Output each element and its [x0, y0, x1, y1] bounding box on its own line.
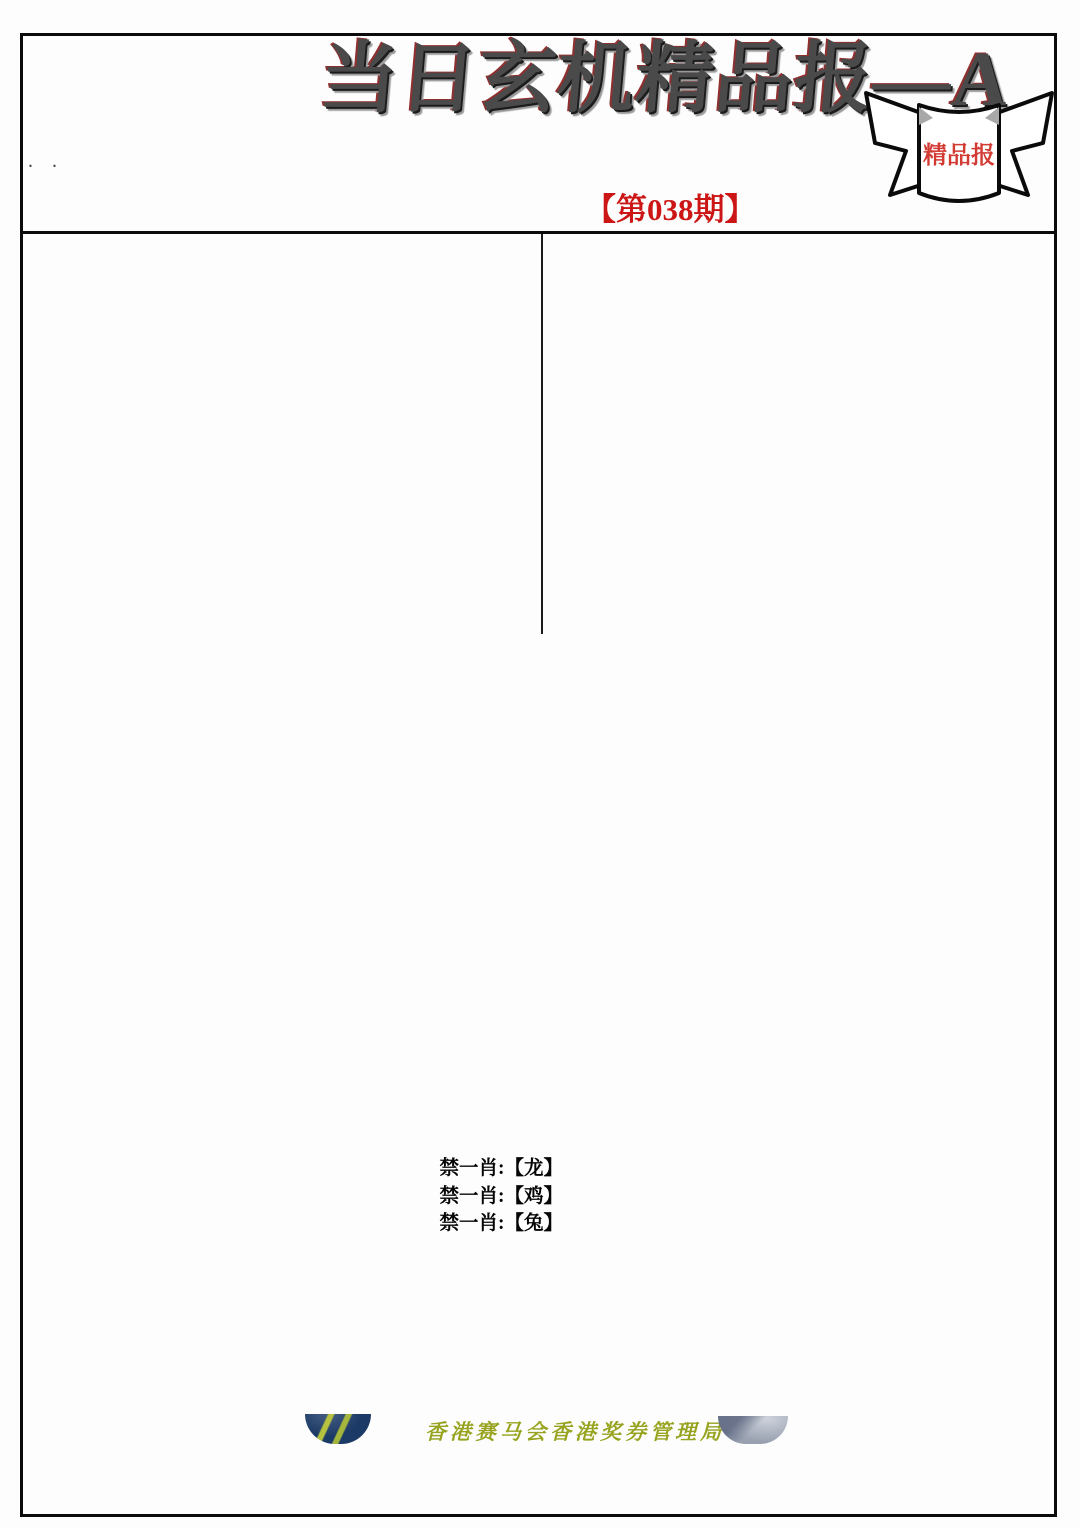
text-line [617, 685, 1055, 713]
text-line: 01 02 03 04 06 07 08 09 10 12 13 15 16 1… [617, 1079, 1055, 1107]
text-line: 036 期殺： ★★★★03 合★★★★ [38, 381, 565, 409]
text-line: 038 期： 当日玄机→【一句解特碼】期期準準 [38, 243, 565, 271]
text-line: 038 期三頭中特1 2 3 [617, 516, 1055, 544]
text-line: 038 期七心堂杀一波： 红波 杀二尾： 5、6 [617, 854, 1055, 882]
text-line: 037 期:》》》 合數单 《《《 [38, 519, 565, 547]
text-line: 038 期： 当日玄机→【期期禁掉半波】期期準 [38, 906, 565, 934]
line-right-text: 禁一肖:【鸡】 [440, 1183, 564, 1211]
text-line: 036 期必中特段： 01——20 27—49 [38, 602, 565, 630]
text-line: 038 期:六合彩官方網九肖→鼠牛虎兔龙蛇马羊猴 [38, 1321, 565, 1349]
text-line: 036 期： 今期羊鸡開特碼，蓝波定中绿來防。 [38, 271, 565, 299]
line-right-text: 禁一肖:【兔】 [440, 1210, 564, 1238]
text-line: 05.07.11.15.17.19.21.23.25.27.29.31.35.3… [617, 290, 1055, 318]
text-line: 038 期夺碼範圍 : [617, 262, 1055, 290]
badge-label: 精品报 [923, 141, 995, 169]
text-line: 038 期絕殺二合： (04)．(07) [617, 572, 1055, 600]
text-line: 037 期:六合彩官方網九肖→鼠牛虎兔龙蛇马羊猪 [38, 1293, 565, 1321]
text-line: 038 期殺： 蓝双 [38, 989, 565, 1017]
text-line: 037 期殺一行┤ 火 ├ [38, 851, 565, 879]
text-line: 038 期： 版主奉送→【期期殺一肖】期期準 [38, 1128, 565, 1156]
text-line: 038 期絕殺二肖： 猪 鸡 [617, 544, 1055, 572]
text-line: 038 期:杀16码:45 44 41 39 38 36 14 20 26 32 [617, 628, 1055, 656]
ribbon-banner-icon: 精品报 [858, 80, 1060, 222]
text-line: 黄金 5 尾： 1 2 3 5 9 [617, 1277, 1055, 1305]
text-line: 038 期： 当日玄机→【期期殺一合】期期準 [38, 354, 565, 382]
text-line: 45 47 49 」 [617, 741, 1055, 769]
corner-dots: . . [28, 150, 64, 173]
text-line: 22 23 24 25 27 28 29 30 31 34 36 37 40 4… [617, 1108, 1055, 1136]
text-line: 038 期七心堂绝杀 12 码【25 27 29 31 33 35 37 41 … [617, 713, 1055, 741]
text-line: 038 期： 当日玄机→【必中特码段】期期準 [38, 575, 565, 603]
text-line: 036 期殺一行┤ 木 ├ [38, 823, 565, 851]
text-line: 038 期提供單頭 [617, 403, 1055, 431]
left-column: 038 期： 当日玄机→【一句解特碼】期期準準 036 期： 今期羊鸡開特碼，蓝… [38, 243, 565, 1349]
text-line: 038 期七心堂头数 0 1 2 [617, 769, 1055, 797]
text-line: 038 期殺： ★★★★13 合★★★★ [38, 436, 565, 464]
issue-number: 【第038期】 [585, 184, 756, 229]
text-line: 038 期絕殺一肖：猪（準）另絕殺一肖：虎（準 [38, 1100, 565, 1128]
text-line: 兔 [617, 939, 1055, 967]
text-line: 038 期： 当日玄机→【合数单双】期期準 [38, 464, 565, 492]
text-line: 036 期絕殺一肖：兔（準）另絕殺一肖：鼠（準 [38, 1045, 565, 1073]
text-line: 036 期殺： 红双 [38, 934, 565, 962]
text-line: 038 期： 当日玄机→【期期禁掉两肖】期期準 [38, 1017, 565, 1045]
text-line: 038 期七心堂精选资料“合数单双” <双> [617, 882, 1055, 910]
text-line: 037 期絕殺一肖：猴（準）另絕殺一肖：蛇（準 [38, 1072, 565, 1100]
text-line: 038 期： 今期龙猴開特碼，红波定中绿來防。 [38, 326, 565, 354]
text-line: 黄金 6 尾： 1 2 3 5 8 9 [617, 1249, 1055, 1277]
text-line: 037 期:香港六合彩禁一肖:【鸡】 [38, 1183, 565, 1211]
page: . . 当日玄机精品报—A 【第038期】 精品报 038 期： 当日玄机→【一… [0, 0, 1080, 1527]
text-line: 終極 3 尾： 3 5 9 [617, 1333, 1055, 1361]
text-line: 036 期:香港六合彩禁一肖:【龙】 [38, 1155, 565, 1183]
text-line: 038 期奇人官方网特段:05 到 10 25 到 49 之间博 [617, 1164, 1055, 1192]
text-line: 038 期七心堂必中特码大范围 [617, 1051, 1055, 1079]
text-line: 036 期： 04 10 20 34 42 07 [38, 713, 565, 741]
text-line: 038 期： 10 21 22 43 45 02 [38, 768, 565, 796]
text-line: 036 期:六合彩官方網九肖→鼠牛虎兔龙蛇马羊猴 [38, 1266, 565, 1294]
header-divider [20, 231, 1057, 234]
text-line: 038 期七心堂精选资料“稳中五肖”：牛龙鼠蛇牛 [617, 967, 1055, 995]
text-line: 038 期： 当日玄机→【特码只要 43 码了】期期準)) [38, 685, 565, 713]
text-line: 極品 4 尾： 1 3 5 9 [617, 1305, 1055, 1333]
text-line: 038 期七心堂每期《绝杀》全年错一《@@鸡@@》 [617, 826, 1055, 854]
text-line: 038 期必中特段： 20——29 30—49 [38, 658, 565, 686]
right-column: 038 期夺碼範圍 : 05.07.11.15.17.19.21.23.25.2… [617, 262, 1055, 1361]
text-line: 038 期:香港六合彩禁一肖:【兔】 [38, 1210, 565, 1238]
text-line: 038 期： 当日玄机→【期期殺一行数】期期準 [38, 796, 565, 824]
text-line: 05 11 33 35 43 49 [617, 657, 1055, 685]
text-line: 037 期殺： ★★★★03 合★★★★ [38, 409, 565, 437]
text-line: 02.04.10.12..16.18.20.22.24.28.30.32.36.… [617, 347, 1055, 375]
text-line: 037 期： 13 24 34 35 45 09 [38, 741, 565, 769]
text-line: 038 期七心堂精选资料“稳中三肖”：牛龙鼠 [617, 995, 1055, 1023]
text-line: 038 期七心堂波色： 绿 蓝 开 [617, 1023, 1055, 1051]
text-line: 038 期七心堂精选资料“稳中七肖”：牛龙鼠蛇虎马 [617, 910, 1055, 938]
text-line: 038 期絕殺一尾 (2)尾 [617, 600, 1055, 628]
text-line: 038 期:特码 段： 0 6 到 4 5 [617, 375, 1055, 403]
text-line: 037 期必中特段： 10——20 28—49 [38, 630, 565, 658]
text-line: 038 期:》》》 合數双 《《《 [38, 547, 565, 575]
text-line: 特!! [617, 1192, 1055, 1220]
text-line: 038 期： 当日玄机→【期期中特九肖】期期準 [38, 1238, 565, 1266]
text-line: 037 期： 今期羊兔開特碼，蓝波定中红來防。 [38, 298, 565, 326]
text-line: 5.47. [617, 318, 1055, 346]
text-line: 038 期七心堂野兽与家畜：野兽 [617, 798, 1055, 826]
text-line: 038 期公開五行：（水、土、金） [617, 431, 1055, 459]
line-right-text: 禁一肖:【龙】 [440, 1155, 564, 1183]
text-line: 038 期奇人期期^尾数^黄金料 [617, 1220, 1055, 1248]
text-line: 038 期野獸與家畜：家畜 [617, 488, 1055, 516]
text-line: 038 期殺一行┤ 火 ├ [38, 879, 565, 907]
text-line: 036 期:》》》 合數单 《《《 [38, 492, 565, 520]
text-line: 038 期七心堂绝杀一肖： 狗 绝杀一尾 (8)尾 [617, 1136, 1055, 1164]
text-line: 038 期特碼主小 [617, 459, 1055, 487]
text-line: 037 期殺： 绿单 [38, 962, 565, 990]
footer-org-text: 香港赛马会香港奖券管理局 [425, 1416, 725, 1446]
